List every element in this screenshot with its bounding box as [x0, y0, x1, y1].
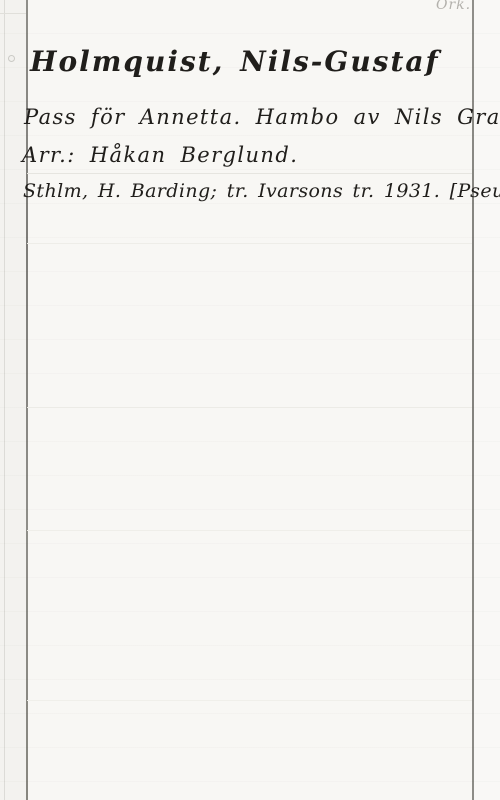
- faint-rule-line: [27, 530, 472, 531]
- catalog-card: Ork. Holmquist, Nils-Gustaf Pass för Ann…: [0, 0, 500, 800]
- faint-rule-line: [27, 700, 472, 701]
- entry-heading-author: Holmquist, Nils-Gustaf: [30, 48, 440, 76]
- punch-hole-mark: [8, 55, 15, 62]
- faint-rule-line: [27, 243, 472, 244]
- corner-pencil-annotation: Ork.: [436, 0, 471, 13]
- entry-imprint-line: Sthlm, H. Barding; tr. Ivarsons tr. 1931…: [23, 182, 500, 201]
- entry-title-line: Pass för Annetta. Hambo av Nils Grane.: [24, 107, 500, 128]
- faint-rule-line: [27, 407, 472, 408]
- far-left-edge-line: [4, 0, 5, 800]
- margin-horizontal-line: [0, 13, 26, 14]
- entry-arranger-line: Arr.: Håkan Berglund.: [22, 145, 298, 166]
- faint-rule-line: [27, 173, 472, 174]
